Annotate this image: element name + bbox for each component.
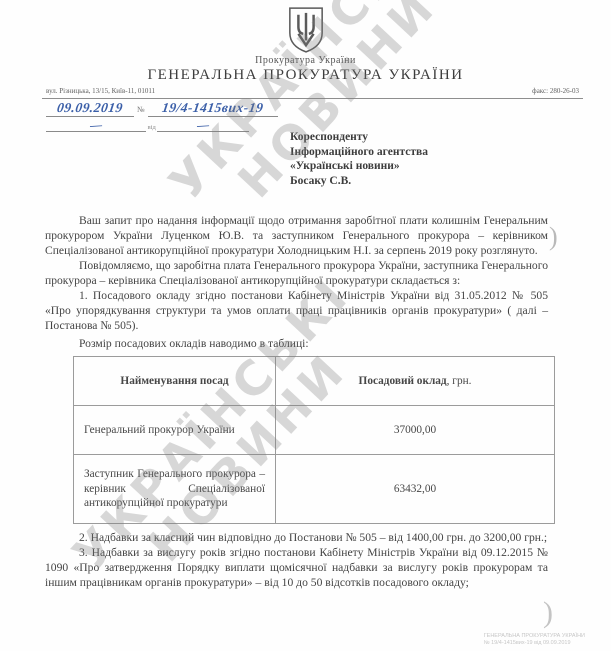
letterhead: Прокуратура України ГЕНЕРАЛЬНА ПРОКУРАТУ… <box>0 6 611 84</box>
table-header-row: Найменування посад Посадовий оклад, грн. <box>74 357 555 406</box>
salary-table: Найменування посад Посадовий оклад, грн.… <box>73 356 555 524</box>
handwritten-dash: — <box>90 123 102 128</box>
org-title: ГЕНЕРАЛЬНА ПРОКУРАТУРА УКРАЇНИ <box>0 67 611 84</box>
ukraine-trident-icon <box>287 6 325 54</box>
paragraph-3: 1. Посадового окладу згідно постанови Ка… <box>45 288 548 333</box>
scanned-letter-page: Прокуратура України ГЕНЕРАЛЬНА ПРОКУРАТУ… <box>0 0 611 651</box>
number-sign: № <box>137 105 145 114</box>
org-name-small: Прокуратура України <box>0 55 611 66</box>
footer-stamp: ГЕНЕРАЛЬНА ПРОКУРАТУРА УКРАЇНИ № 19/4-14… <box>484 633 585 647</box>
table-header-salary-unit: , грн. <box>447 375 472 387</box>
table-row: Заступник Генерального прокурора – керів… <box>74 455 555 524</box>
salary-cell: 37000,00 <box>276 406 555 455</box>
position-cell: Генеральний прокурор України <box>74 406 276 455</box>
footer-stamp-line-2: № 19/4-1415вих-19 від 09.09.2019 <box>484 640 585 647</box>
position-cell: Заступник Генерального прокурора – керів… <box>74 455 276 524</box>
table-header-positions: Найменування посад <box>74 357 276 406</box>
table-lead-in: Розмір посадових окладів наводимо в табл… <box>45 336 548 351</box>
paragraph-6: 3. Надбавки за вислугу років згідно пост… <box>45 545 548 590</box>
letter-body: Ваш запит про надання інформації щодо от… <box>45 213 548 590</box>
reference-block: 09.09.2019№19/4-1415вих-19 — від — <box>46 100 376 132</box>
number-underline: 19/4-1415вих-19 <box>148 100 278 117</box>
date-underline: 09.09.2019 <box>46 100 134 117</box>
table-row: Генеральний прокурор України 37000,00 <box>74 406 555 455</box>
blank-underline-right: — <box>157 123 249 132</box>
addressee-line-4: Босаку С.В. <box>290 174 520 189</box>
ref-date-line: 09.09.2019№19/4-1415вих-19 <box>46 100 376 117</box>
pen-mark-paren: ) <box>549 222 558 252</box>
handwritten-number: 19/4-1415вих-19 <box>161 100 265 116</box>
addressee-line-2: Інформаційного агентства <box>290 145 520 160</box>
addressee-line-1: Кореспонденту <box>290 130 520 145</box>
handwritten-dash: — <box>197 123 209 128</box>
addressee-line-3: «Українські новини» <box>290 159 520 174</box>
fax-line: факс: 280-26-03 <box>532 87 579 95</box>
addressee-block: Кореспонденту Інформаційного агентства «… <box>290 130 520 188</box>
paragraph-1: Ваш запит про надання інформації щодо от… <box>45 213 548 258</box>
header-rule <box>42 98 583 99</box>
paragraph-5: 2. Надбавки за класний чин відповідно до… <box>45 530 548 545</box>
table-header-salary-bold: Посадовий оклад <box>359 375 447 387</box>
vid-label: від <box>148 124 156 131</box>
pen-mark-paren: ) <box>543 596 553 630</box>
paragraph-2: Повідомляємо, що заробітна плата Генерал… <box>45 258 548 288</box>
salary-cell: 63432,00 <box>276 455 555 524</box>
footer-stamp-line-1: ГЕНЕРАЛЬНА ПРОКУРАТУРА УКРАЇНИ <box>484 633 585 640</box>
handwritten-date: 09.09.2019 <box>56 100 124 116</box>
table-header-salary: Посадовий оклад, грн. <box>276 357 555 406</box>
blank-underline-left: — <box>46 123 146 132</box>
address-fax-row: вул. Різницька, 13/15, Київ-11, 01011 фа… <box>46 87 579 95</box>
address-line: вул. Різницька, 13/15, Київ-11, 01011 <box>46 87 155 95</box>
